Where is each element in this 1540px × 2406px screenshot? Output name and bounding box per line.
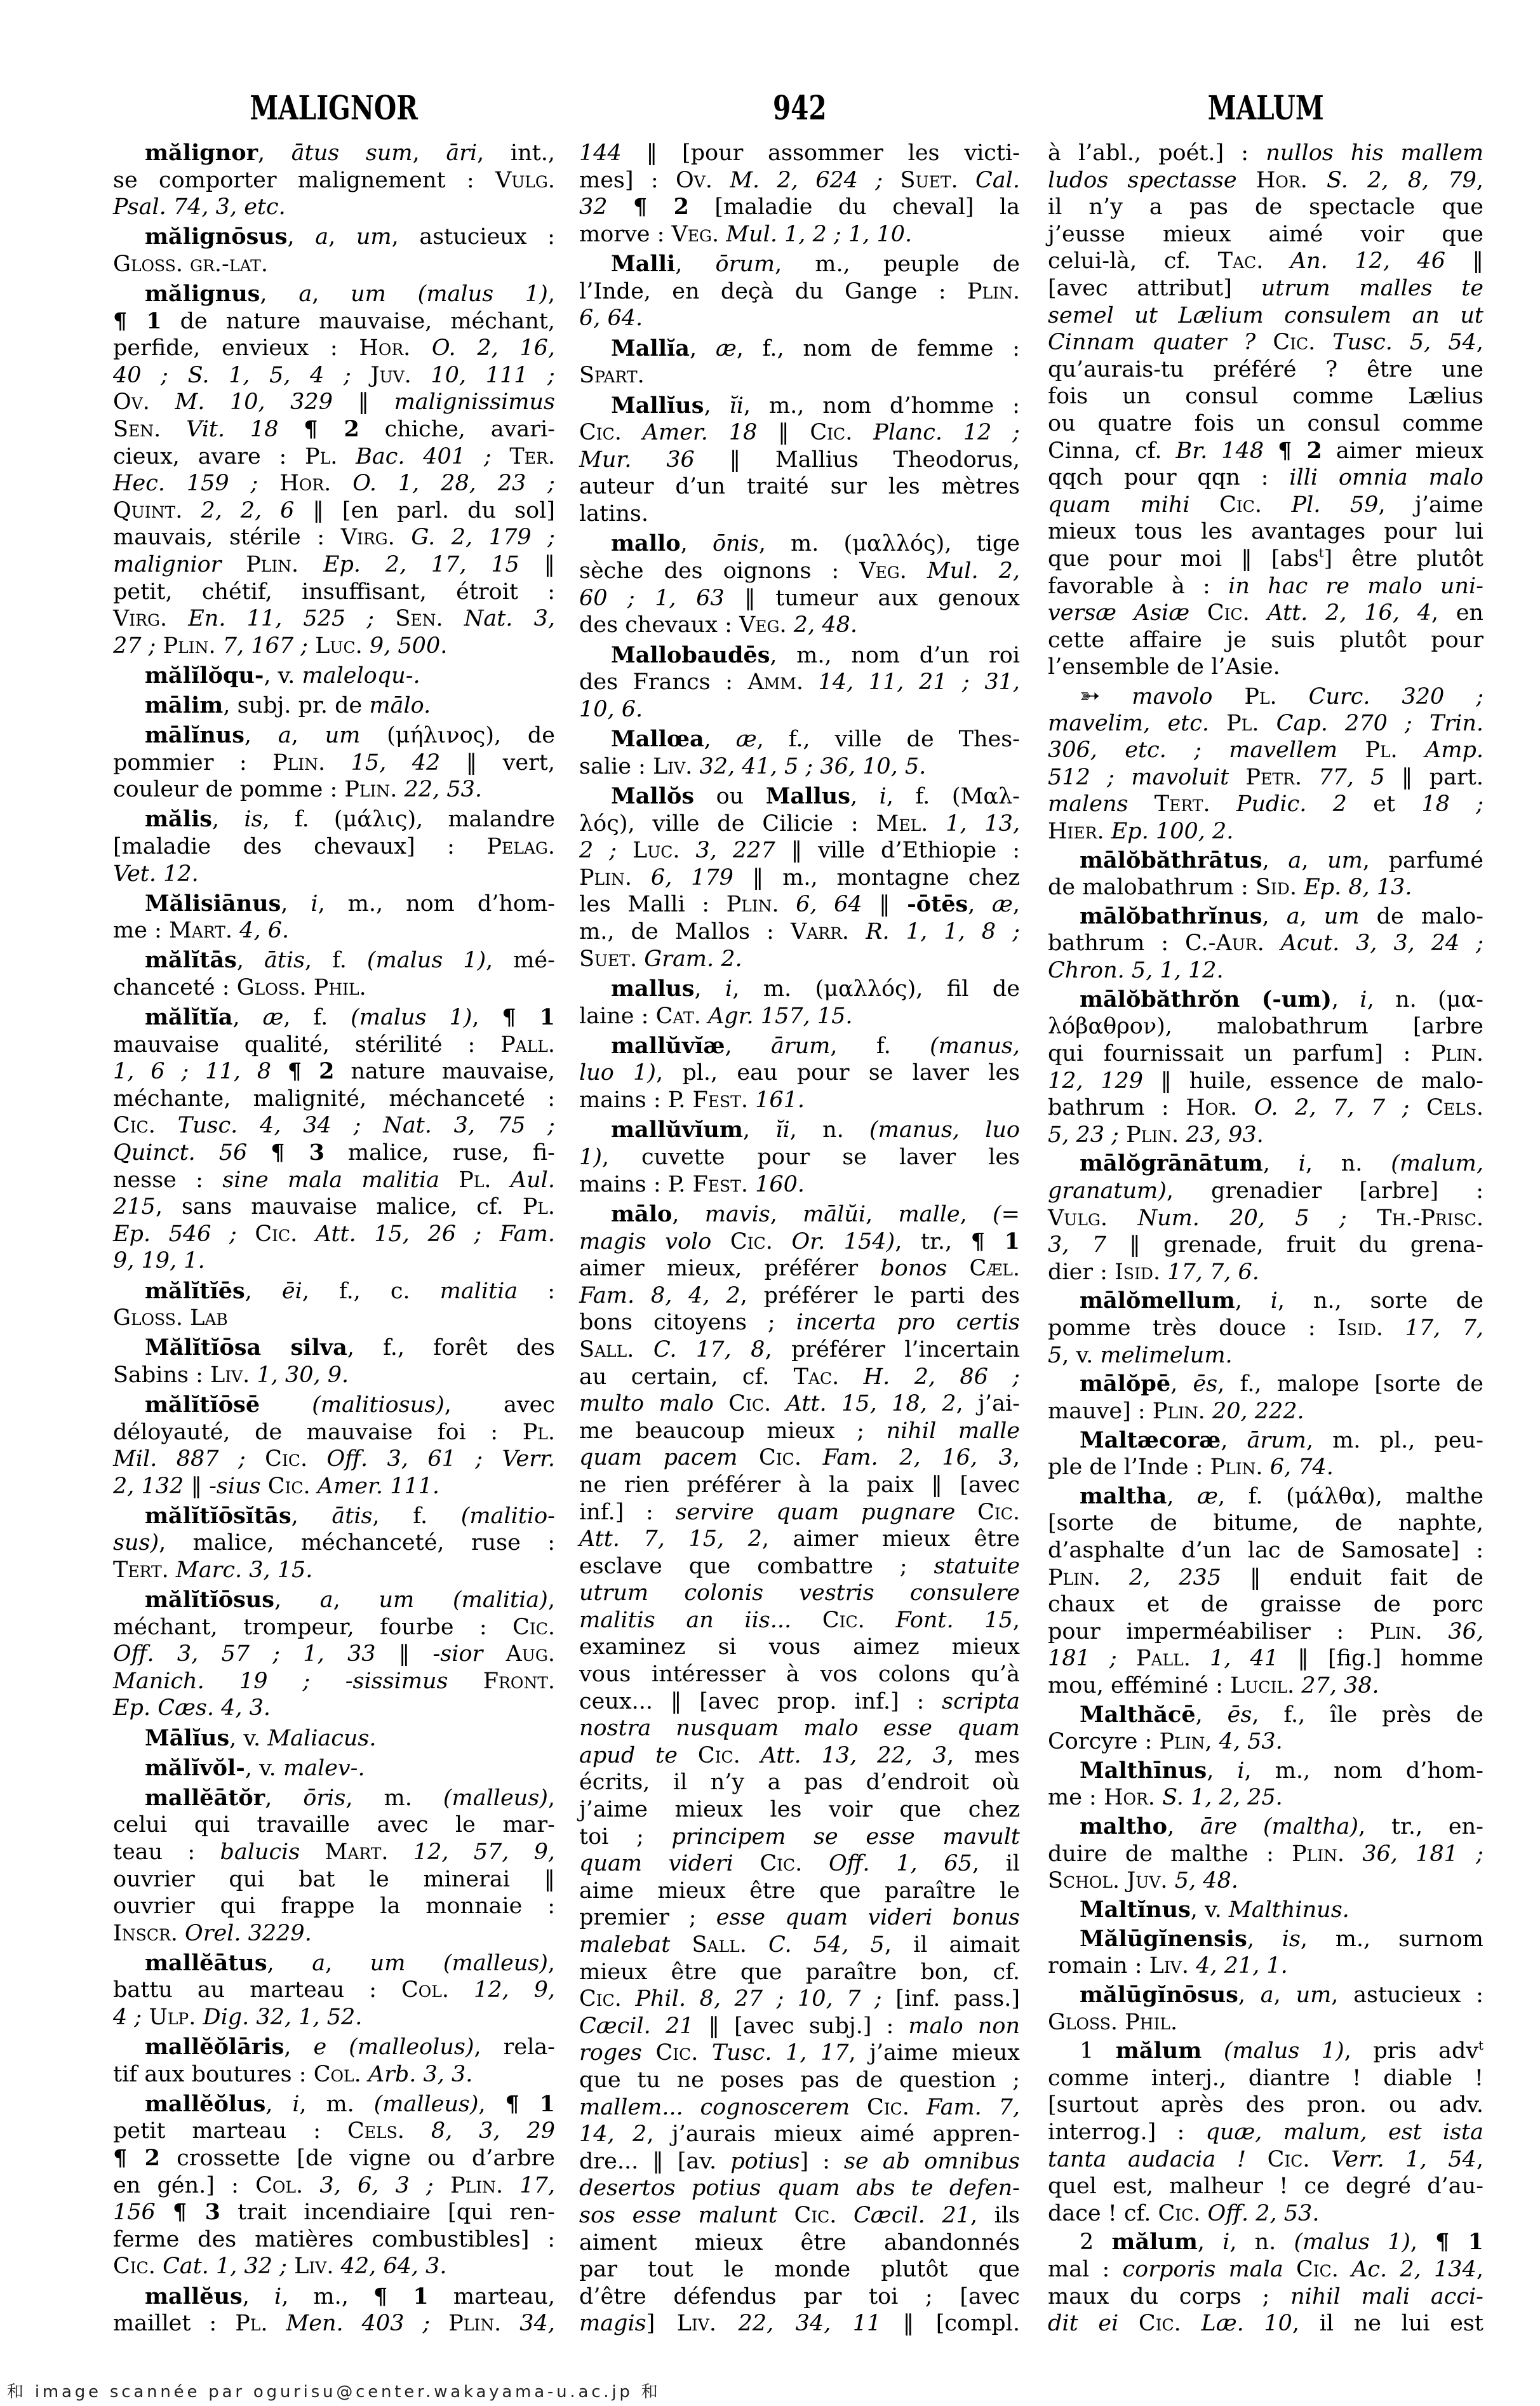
author-abbreviation: Plin. <box>1153 1399 1205 1424</box>
headword: mālo <box>611 1201 672 1227</box>
line-text: il n’y a pas de spectacle que <box>1048 194 1483 221</box>
headword: mălĭtĭōsus <box>145 1587 274 1613</box>
author-abbreviation: Cic. <box>268 1474 311 1499</box>
dictionary-line: malebat Sall. C. 54, 5, il aimait <box>579 1932 1020 1959</box>
italic-citation: ātus sum <box>291 140 413 166</box>
italic-citation: mālo. <box>369 693 431 718</box>
author-abbreviation: Plin. <box>450 2173 503 2198</box>
headword: mālŏbathrĭnus <box>1080 903 1262 929</box>
italic-citation: utrum malles te <box>1261 276 1483 301</box>
line-text: mallŭvĭæ, ārum, f. (manus, <box>611 1033 1020 1060</box>
headword: mălignus <box>145 281 260 307</box>
dictionary-line: 1 mălum (malus 1), pris advt <box>1048 2038 1483 2065</box>
line-text: nostra nusquam malo esse quam <box>579 1715 1020 1742</box>
italic-citation: Aul. <box>511 1167 555 1193</box>
line-text: battu au marteau : Col. 12, 9, <box>113 1977 555 2004</box>
dictionary-line: Cinna, cf. Br. 148 ¶ 2 aimer mieux <box>1048 438 1483 465</box>
sense-marker: ¶ 1 <box>1435 2229 1483 2255</box>
italic-citation: Cat. 1, 32 ; <box>163 2254 287 2279</box>
italic-citation: 1, 41 <box>1210 1646 1278 1671</box>
line-text: pommier : Plin. 15, 42 ‖ vert, <box>113 749 555 777</box>
italic-citation: um <box>1296 1982 1332 2008</box>
italic-citation: 14, 2 <box>579 2121 646 2147</box>
dictionary-line: les Malli : Plin. 6, 64 ‖ -ōtēs, æ, <box>579 891 1020 918</box>
line-text: 181 ; Pall. 1, 41 ‖ [fig.] homme <box>1048 1645 1483 1672</box>
dictionary-entry: mālĭnus, a, um (μήλινος), depommier : Pl… <box>113 722 555 803</box>
italic-citation: malignissimus <box>394 389 555 415</box>
headword: mălĭtās <box>145 947 237 973</box>
line-text: mal : corporis mala Cic. Ac. 2, 134, <box>1048 2256 1483 2283</box>
italic-citation: Cæcil. 21 <box>854 2203 970 2228</box>
italic-citation: 32, 41, 5 ; 36, 10, 5. <box>699 754 926 779</box>
author-abbreviation: Liv. <box>294 2254 333 2279</box>
line-text: vous intéresser à vos colons qu’à <box>579 1661 1020 1688</box>
italic-citation: 4, 21, 1. <box>1196 1953 1288 1979</box>
italic-citation: a <box>1287 904 1300 929</box>
italic-citation: (malus 1) <box>1294 2229 1410 2255</box>
italic-citation: 156 <box>113 2200 156 2225</box>
line-text: Inscr. Orel. 3229. <box>113 1920 312 1947</box>
author-abbreviation: Plin. <box>163 633 216 659</box>
italic-citation: Ep. Cæs. 4, 3. <box>113 1695 271 1721</box>
line-text: mălignōsus, a, um, astucieux : <box>145 224 555 251</box>
dictionary-entry: mālo, mavis, mālŭi, malle, (=magis volo … <box>579 1201 1020 2337</box>
dictionary-line: mălignor, ātus sum, āri, int., <box>113 140 555 167</box>
dictionary-line: luo 1), pl., eau pour se laver les <box>579 1059 1020 1087</box>
italic-citation: 3, 6, 3 ; <box>319 2173 433 2198</box>
italic-citation: dit ei <box>1048 2311 1118 2336</box>
dictionary-line: 306, etc. ; mavellem Pl. Amp. <box>1048 737 1483 764</box>
dictionary-line: mallĕŏlus, i, m. (malleus), ¶ 1 <box>113 2091 555 2118</box>
headword: mălĭtĭa <box>145 1004 232 1030</box>
italic-citation: utrum colonis vestris consulere <box>579 1580 1020 1606</box>
dictionary-line: chanceté : Gloss. Phil. <box>113 974 555 1002</box>
italic-citation: Cal. <box>975 168 1020 193</box>
sense-marker: ¶ 3 <box>271 1139 325 1166</box>
line-text: aime mieux être que paraître le <box>579 1878 1020 1905</box>
dictionary-line: Malthăcē, ēs, f., île près de <box>1048 1702 1483 1729</box>
author-abbreviation: Cic. <box>1207 600 1250 626</box>
italic-citation: 42, 64, 3. <box>341 2254 447 2279</box>
italic-citation: malitia <box>440 1279 518 1304</box>
dictionary-entry: mallĕātŏr, ōris, m. (malleus),celui qui … <box>113 1785 555 1947</box>
italic-citation: -sius <box>209 1474 260 1499</box>
dictionary-entry: Mălūgĭnensis, is, m., surnomromain : Liv… <box>1048 1926 1483 1980</box>
dictionary-line: Fam. 8, 4, 2, préférer le parti des <box>579 1282 1020 1310</box>
line-text: mes] : Ov. M. 2, 624 ; Suet. Cal. <box>579 167 1020 194</box>
italic-citation: i <box>1271 1288 1278 1314</box>
author-abbreviation: Veg. <box>739 612 787 638</box>
author-abbreviation: Cic. <box>730 1229 773 1254</box>
line-text: Mălūgĭnensis, is, m., surnom <box>1080 1926 1483 1953</box>
dictionary-line: ludos spectasse Hor. S. 2, 8, 79, <box>1048 167 1483 194</box>
author-abbreviation: Isid. <box>1115 1260 1160 1285</box>
line-text: 9, 19, 1. <box>113 1247 205 1275</box>
dictionary-line: mălĭtĭōsē (malitiosus), avec <box>113 1392 555 1419</box>
italic-citation: Att. 7, 15, 2 <box>579 1526 762 1552</box>
italic-citation: Off. 3, 61 ; Verr. <box>327 1446 555 1472</box>
line-text: mālŏbathrĭnus, a, um de malo- <box>1080 903 1483 931</box>
author-abbreviation: Cic. <box>810 420 852 445</box>
headword: mallĕŏlāris <box>145 2034 284 2060</box>
italic-citation: um <box>325 723 361 748</box>
dictionary-line: Tert. Marc. 3, 15. <box>113 1557 555 1584</box>
italic-citation: Tusc. 4, 34 ; Nat. 3, 75 ; <box>178 1113 555 1138</box>
dictionary-entry: Mălĭtĭōsa silva, f., forêt desSabins : L… <box>113 1334 555 1388</box>
italic-citation: Maliacus. <box>267 1726 376 1751</box>
author-abbreviation: Cic. <box>655 2040 698 2066</box>
line-text: mains : P. Fest. 160. <box>579 1171 805 1199</box>
italic-citation: ōnis <box>713 531 759 556</box>
line-text: dit ei Cic. Læ. 10, il ne lui est <box>1048 2310 1483 2337</box>
line-text: ou quatre fois un consul comme <box>1048 410 1483 438</box>
italic-citation: esse quam videri bonus <box>716 1905 1020 1930</box>
line-text: 1), cuvette pour se laver les <box>579 1144 1020 1171</box>
italic-citation: (malus 1) <box>351 1005 472 1030</box>
line-text: mălūgĭnōsus, a, um, astucieux : <box>1080 1982 1483 2009</box>
italic-citation: S. 1, 2, 25. <box>1162 1785 1283 1810</box>
author-abbreviation: Cels. <box>347 2118 405 2144</box>
line-text: mallĕŏlāris, e (malleolus), rela- <box>145 2034 555 2061</box>
dictionary-line: Mălūgĭnensis, is, m., surnom <box>1048 1926 1483 1953</box>
author-abbreviation: Liv. <box>210 1362 250 1388</box>
italic-citation: Mul. 2, <box>927 558 1020 584</box>
italic-citation: 2, 235 <box>1129 1565 1221 1590</box>
line-text: ¶ 1 de nature mauvaise, méchant, <box>113 308 555 335</box>
line-text: Ep. Cæs. 4, 3. <box>113 1695 271 1722</box>
author-abbreviation: Pall. <box>1136 1646 1191 1671</box>
line-text: cieux, avare : Pl. Bac. 401 ; Ter. <box>113 443 555 471</box>
dictionary-line: mălis, is, f. (μάλις), malandre <box>113 806 555 833</box>
line-text: mieux être que paraître bon, cf. <box>579 1959 1020 1986</box>
page-number: 942 <box>773 86 827 131</box>
italic-citation: 27, 38. <box>1301 1673 1379 1698</box>
dictionary-line: mauvais, stérile : Virg. G. 2, 179 ; <box>113 524 555 551</box>
italic-citation: Cæcil. 21 <box>579 2013 693 2039</box>
line-text: me beaucoup mieux ; nihil malle <box>579 1418 1020 1445</box>
italic-citation: sine mala malitia <box>222 1167 439 1193</box>
line-text: Vulg. Num. 20, 5 ; Th.-Prisc. <box>1048 1205 1483 1232</box>
dictionary-entry: mālŏbăthrātus, a, um, parfuméde malobath… <box>1048 847 1483 901</box>
author-abbreviation: Gloss. Lab <box>113 1305 228 1331</box>
italic-citation: (manus, <box>930 1033 1020 1059</box>
italic-citation: 36, 181 ; <box>1362 1841 1483 1867</box>
sense-marker: ¶ 1 <box>373 2283 429 2309</box>
line-text: écrits, il n’y a pas d’endroit où <box>579 1769 1020 1796</box>
author-abbreviation: Col. <box>255 2173 303 2198</box>
dictionary-line: Mălisiānus, i, m., nom d’hom- <box>113 890 555 918</box>
dictionary-line: écrits, il n’y a pas d’endroit où <box>579 1769 1020 1796</box>
line-text: l’ensemble de l’Asie. <box>1048 654 1280 681</box>
italic-citation: i <box>1360 987 1367 1012</box>
author-abbreviation: P. Fest. <box>668 1087 748 1113</box>
dictionary-line: 10, 6. <box>579 696 1020 723</box>
line-text: duire de malthe : Plin. 36, 181 ; <box>1048 1841 1483 1868</box>
dictionary-line: inf.] : servire quam pugnare Cic. <box>579 1499 1020 1526</box>
line-text: λός), ville de Cilicie : Mel. 1, 13, <box>579 810 1020 838</box>
dictionary-line: Plin. 2, 235 ‖ enduit fait de <box>1048 1564 1483 1592</box>
author-abbreviation: Amm. <box>747 669 803 695</box>
dictionary-line: mes] : Ov. M. 2, 624 ; Suet. Cal. <box>579 167 1020 194</box>
italic-citation: 6, 64 <box>796 892 862 917</box>
italic-citation: scripta <box>942 1689 1020 1714</box>
dictionary-line: tanta audacia ! Cic. Verr. 1, 54, <box>1048 2146 1483 2174</box>
author-abbreviation: Cic. <box>265 1446 307 1472</box>
author-abbreviation: Cic. <box>1296 2257 1339 2282</box>
dictionary-line: mallĕātus, a, um (malleus), <box>113 1950 555 1977</box>
dictionary-entry: mălignus, a, um (malus 1),¶ 1 de nature … <box>113 281 555 659</box>
dictionary-line: auteur d’un traité sur les mètres <box>579 473 1020 501</box>
dictionary-line: Mur. 36 ‖ Mallius Theodorus, <box>579 447 1020 474</box>
line-text: mālŏgrānātum, i, n. (malum, <box>1080 1150 1483 1178</box>
dictionary-line: malitis an iis... Cic. Font. 15, <box>579 1607 1020 1634</box>
dictionary-line: Hec. 159 ; Hor. O. 1, 28, 23 ; <box>113 470 555 497</box>
dictionary-line: mălūgĭnōsus, a, um, astucieux : <box>1048 1982 1483 2009</box>
italic-citation: a <box>312 1951 325 1976</box>
italic-citation: mavis <box>705 1202 770 1227</box>
italic-citation: nostra nusquam malo esse quam <box>579 1716 1020 1741</box>
dictionary-entry: Mallœa, æ, f., ville de Thes-salie : Liv… <box>579 726 1020 780</box>
dictionary-line: 9, 19, 1. <box>113 1247 555 1275</box>
italic-citation: Tusc. 5, 54 <box>1332 330 1476 355</box>
line-text: d’asphalte d’un lac de Samosate] : <box>1048 1537 1483 1564</box>
author-abbreviation: Pall. <box>500 1032 555 1058</box>
line-text: Cæcil. 21 ‖ [avec subj.] : malo non <box>579 2013 1020 2040</box>
italic-citation: i <box>1237 1758 1244 1784</box>
italic-citation: mālŭi <box>803 1202 866 1227</box>
line-text: Mil. 887 ; Cic. Off. 3, 61 ; Verr. <box>113 1446 555 1473</box>
line-text: petit, chétif, insuffisant, étroit : <box>113 579 555 606</box>
author-abbreviation: Gloss. Phil. <box>237 975 366 1000</box>
italic-citation: 6, 179 <box>651 865 733 890</box>
line-text: quel est, malheur ! ce degré d’au- <box>1048 2173 1483 2200</box>
italic-citation: nihil malle <box>887 1418 1020 1444</box>
italic-citation: desertos potius quam abs te defen- <box>579 2175 1020 2201</box>
author-abbreviation: Isid. <box>1337 1315 1383 1341</box>
headword: Maltĭnus <box>1080 1897 1191 1923</box>
line-text: [maladie des chevaux] : Pelag. <box>113 833 555 861</box>
author-abbreviation: Col. <box>401 1977 449 2003</box>
dictionary-line: de malobathrum : Sid. Ep. 8, 13. <box>1048 874 1483 901</box>
italic-citation: 161. <box>755 1087 805 1113</box>
running-head-center: 942 <box>579 86 1020 131</box>
line-text: [sorte de bitume, de naphte, <box>1048 1510 1483 1537</box>
italic-citation: 36, <box>1448 1619 1483 1644</box>
line-text: [avec attribut] utrum malles te <box>1048 275 1483 302</box>
author-abbreviation: Sall. <box>579 1337 634 1362</box>
dictionary-line: à l’abl., poét.] : nullos his mallem <box>1048 140 1483 167</box>
dictionary-entry: Malthīnus, i, m., nom d’hom-me : Hor. S.… <box>1048 1757 1483 1811</box>
dictionary-line: 27 ; Plin. 7, 167 ; Luc. 9, 500. <box>113 633 555 660</box>
line-text: Mur. 36 ‖ Mallius Theodorus, <box>579 447 1020 474</box>
italic-citation: 1, 6 ; 11, 8 <box>113 1059 271 1084</box>
line-text: Cic. Cat. 1, 32 ; Liv. 42, 64, 3. <box>113 2253 447 2280</box>
dictionary-line: 2 mălum, i, n. (malus 1), ¶ 1 <box>1048 2229 1483 2256</box>
dictionary-line: mallus, i, m. (μαλλός), fil de <box>579 976 1020 1003</box>
dictionary-line: mālŏpē, ēs, f., malope [sorte de <box>1048 1371 1483 1398</box>
dictionary-line: mālŏbăthrŏn (-um), i, n. (μα- <box>1048 986 1483 1014</box>
dictionary-line: Mālĭus, v. Maliacus. <box>113 1725 555 1752</box>
running-head-right: MALUM <box>1048 86 1483 131</box>
italic-citation: malens <box>1048 791 1128 817</box>
italic-citation: Att. 15, 26 ; Fam. <box>316 1221 555 1247</box>
italic-citation: 3, 227 <box>695 838 775 863</box>
line-text: petit marteau : Cels. 8, 3, 29 <box>113 2118 555 2145</box>
italic-citation: Planc. 12 ; <box>873 420 1020 445</box>
dictionary-line: mieux être que paraître bon, cf. <box>579 1959 1020 1986</box>
line-text: 14, 2, j’aurais mieux aimé appren- <box>579 2121 1020 2148</box>
line-text: sèche des oignons : Veg. Mul. 2, <box>579 558 1020 585</box>
headword: mălum <box>1116 2038 1202 2064</box>
italic-citation: Verr. 1, 54 <box>1331 2147 1476 2172</box>
italic-citation: 2 ; <box>579 838 617 863</box>
dictionary-line: cette affaire je suis plutôt pour <box>1048 627 1483 654</box>
author-abbreviation: Varr. <box>791 919 849 944</box>
dictionary-entry: Mălisiānus, i, m., nom d’hom-me : Mart. … <box>113 890 555 944</box>
dictionary-line: magis volo Cic. Or. 154), tr., ¶ 1 <box>579 1228 1020 1256</box>
line-text: luo 1), pl., eau pour se laver les <box>579 1059 1020 1087</box>
line-text: mălignus, a, um (malus 1), <box>145 281 555 308</box>
author-abbreviation: Schol. Juv. <box>1048 1868 1168 1893</box>
headword: mallĕātŏr <box>145 1785 265 1811</box>
italic-citation: 2, 132 <box>113 1474 184 1499</box>
italic-citation: um <box>356 224 392 250</box>
author-abbreviation: Tac. <box>794 1364 840 1390</box>
author-abbreviation: Hor. <box>1104 1785 1155 1810</box>
dictionary-line: morve : Veg. Mul. 1, 2 ; 1, 10. <box>579 221 1020 248</box>
dictionary-line: petit marteau : Cels. 8, 3, 29 <box>113 2118 555 2145</box>
author-abbreviation: Pl. <box>523 1194 555 1220</box>
dictionary-line: bathrum : C.-Aur. Acut. 3, 3, 24 ; <box>1048 930 1483 957</box>
dictionary-line: mālŏbăthrātus, a, um, parfumé <box>1048 847 1483 875</box>
dictionary-line: 60 ; 1, 63 ‖ tumeur aux genoux <box>579 585 1020 612</box>
dictionary-line: sos esse malunt Cic. Cæcil. 21, ils <box>579 2202 1020 2229</box>
line-text: granatum), grenadier [arbre] : <box>1048 1178 1483 1205</box>
dictionary-line: Gloss. Lab <box>113 1305 555 1332</box>
italic-citation: se ab omnibus <box>844 2149 1020 2174</box>
author-abbreviation: Ov. <box>676 168 713 193</box>
italic-citation: Vet. 12. <box>113 861 199 887</box>
italic-citation: Off. 3, 57 ; 1, 33 <box>113 1641 375 1667</box>
dictionary-line: aime mieux être que paraître le <box>579 1878 1020 1905</box>
dictionary-line: dit ei Cic. Læ. 10, il ne lui est <box>1048 2310 1483 2337</box>
headword: mallĕus <box>145 2283 243 2309</box>
dictionary-line: me : Hor. S. 1, 2, 25. <box>1048 1784 1483 1811</box>
italic-citation: ēs <box>1193 1371 1217 1397</box>
dictionary-line: des chevaux : Veg. 2, 48. <box>579 612 1020 639</box>
dictionary-line: Cic. Amer. 18 ‖ Cic. Planc. 12 ; <box>579 419 1020 447</box>
line-text: mălĭtās, ātis, f. (malus 1), mé- <box>145 947 555 974</box>
dictionary-entry: mălis, is, f. (μάλις), malandre[maladie … <box>113 806 555 887</box>
dictionary-line: Cic. Phil. 8, 27 ; 10, 7 ; [inf. pass.] <box>579 1986 1020 2013</box>
line-text: mălĭtĭēs, ēi, f., c. malitia : <box>145 1278 555 1305</box>
author-abbreviation: Hier. <box>1048 819 1104 844</box>
line-text: Mălisiānus, i, m., nom d’hom- <box>145 890 555 918</box>
line-text: esclave que combattre ; statuite <box>579 1553 1020 1580</box>
line-text: Quint. 2, 2, 6 ‖ [en parl. du sol] <box>113 497 555 525</box>
dictionary-line: mālŏmellum, i, n., sorte de <box>1048 1287 1483 1315</box>
line-text: en gén.] : Col. 3, 6, 3 ; Plin. 17, <box>113 2172 555 2200</box>
dictionary-line: ouvrier qui frappe la monnaie : <box>113 1893 555 1920</box>
line-text: premier ; esse quam videri bonus <box>579 1904 1020 1932</box>
dictionary-line: interrog.] : quæ, malum, est ista <box>1048 2119 1483 2146</box>
italic-citation: is <box>244 807 262 832</box>
line-text: l’Inde, en deçà du Gange : Plin. <box>579 278 1020 306</box>
italic-citation: is <box>1282 1926 1301 1952</box>
line-text: [surtout après des pron. ou adv. <box>1048 2092 1483 2119</box>
italic-citation: quam videri <box>579 1851 733 1876</box>
line-text: Suet. Gram. 2. <box>579 946 742 973</box>
author-abbreviation: Plin. <box>1292 1841 1344 1867</box>
line-text: Mallŏs ou Mallus, i, f. (Μαλ- <box>611 783 1020 810</box>
feathered-arrow-icon: ➳ <box>1080 682 1100 710</box>
dictionary-line: 40 ; S. 1, 5, 4 ; Juv. 10, 111 ; <box>113 362 555 389</box>
dictionary-entry: mallĕŏlāris, e (malleolus), rela-tif aux… <box>113 2034 555 2088</box>
headword: mallŭvĭæ <box>611 1033 725 1059</box>
line-text: j’eusse mieux aimé voir que <box>1048 221 1483 248</box>
line-text: mālim, subj. pr. de mālo. <box>145 692 431 720</box>
line-text: couleur de pomme : Plin. 22, 53. <box>113 776 482 803</box>
author-abbreviation: Hor. <box>1186 1095 1237 1120</box>
dictionary-entry: mālim, subj. pr. de mālo. <box>113 692 555 720</box>
line-text: mou, efféminé : Lucil. 27, 38. <box>1048 1672 1379 1700</box>
author-abbreviation: Cic. <box>759 1445 801 1470</box>
italic-citation: 77, 5 <box>1318 765 1384 790</box>
headword: Mălūgĭnensis <box>1080 1926 1247 1952</box>
line-text: Sen. Vit. 18 ¶ 2 chiche, avari- <box>113 416 555 443</box>
italic-citation: e <box>314 2034 327 2060</box>
italic-citation: apud te <box>579 1743 678 1768</box>
dictionary-line: 215, sans mauvaise malice, cf. Pl. <box>113 1193 555 1221</box>
line-text: tif aux boutures : Col. Arb. 3, 3. <box>113 2061 472 2088</box>
author-abbreviation: Plin. <box>1210 1455 1263 1480</box>
author-abbreviation: Lucil. <box>1230 1673 1294 1698</box>
dictionary-line: mālim, subj. pr. de mālo. <box>113 692 555 720</box>
italic-citation: servire quam pugnare <box>676 1500 956 1525</box>
dictionary-line: sèche des oignons : Veg. Mul. 2, <box>579 558 1020 585</box>
italic-citation: C. 54, 5 <box>768 1932 885 1958</box>
italic-citation: 12, 57, 9, <box>413 1839 555 1865</box>
author-abbreviation: Petr. <box>1246 765 1302 790</box>
dictionary-line: mālĭnus, a, um (μήλινος), de <box>113 722 555 749</box>
dictionary-line: d’asphalte d’un lac de Samosate] : <box>1048 1537 1483 1564</box>
dictionary-line: Schol. Juv. 5, 48. <box>1048 1867 1483 1895</box>
author-abbreviation: Liv. <box>677 2311 716 2336</box>
dictionary-line: mieux tous les avantages pour lui <box>1048 518 1483 546</box>
dictionary-line: pour imperméabiliser : Plin. 36, <box>1048 1618 1483 1646</box>
dictionary-line: qui fournissait un parfum] : Plin. <box>1048 1040 1483 1068</box>
dictionary-line: ne rien préférer à la paix ‖ [avec <box>579 1472 1020 1499</box>
dictionary-entry: 1 mălum (malus 1), pris advtcomme interj… <box>1048 2038 1483 2227</box>
italic-citation: roges <box>579 2040 642 2066</box>
line-text: 306, etc. ; mavellem Pl. Amp. <box>1048 737 1483 764</box>
dictionary-line: [avec attribut] utrum malles te <box>1048 275 1483 302</box>
author-abbreviation: Pl. <box>1365 737 1397 763</box>
dictionary-line: 156 ¶ 3 trait incendiaire [qui ren- <box>113 2199 555 2226</box>
dictionary-line: romain : Liv. 4, 21, 1. <box>1048 1952 1483 1980</box>
italic-citation: 10, 111 ; <box>431 363 555 388</box>
line-text: quam mihi Cic. Pl. 59, j’aime <box>1048 492 1483 519</box>
italic-citation: Men. 403 ; <box>286 2311 430 2336</box>
line-text: mallĕus, i, m., ¶ 1 marteau, <box>145 2283 555 2311</box>
line-text: Mălĭtĭōsa silva, f., forêt des <box>145 1334 555 1362</box>
dictionary-line: perfide, envieux : Hor. O. 2, 16, <box>113 335 555 362</box>
italic-citation: Curc. 320 ; <box>1309 684 1483 709</box>
author-abbreviation: Ulp. <box>149 2005 196 2030</box>
line-text: les Malli : Plin. 6, 64 ‖ -ōtēs, æ, <box>579 891 1020 918</box>
author-abbreviation: Cic. <box>1139 2311 1181 2336</box>
italic-citation: a <box>1288 848 1301 873</box>
